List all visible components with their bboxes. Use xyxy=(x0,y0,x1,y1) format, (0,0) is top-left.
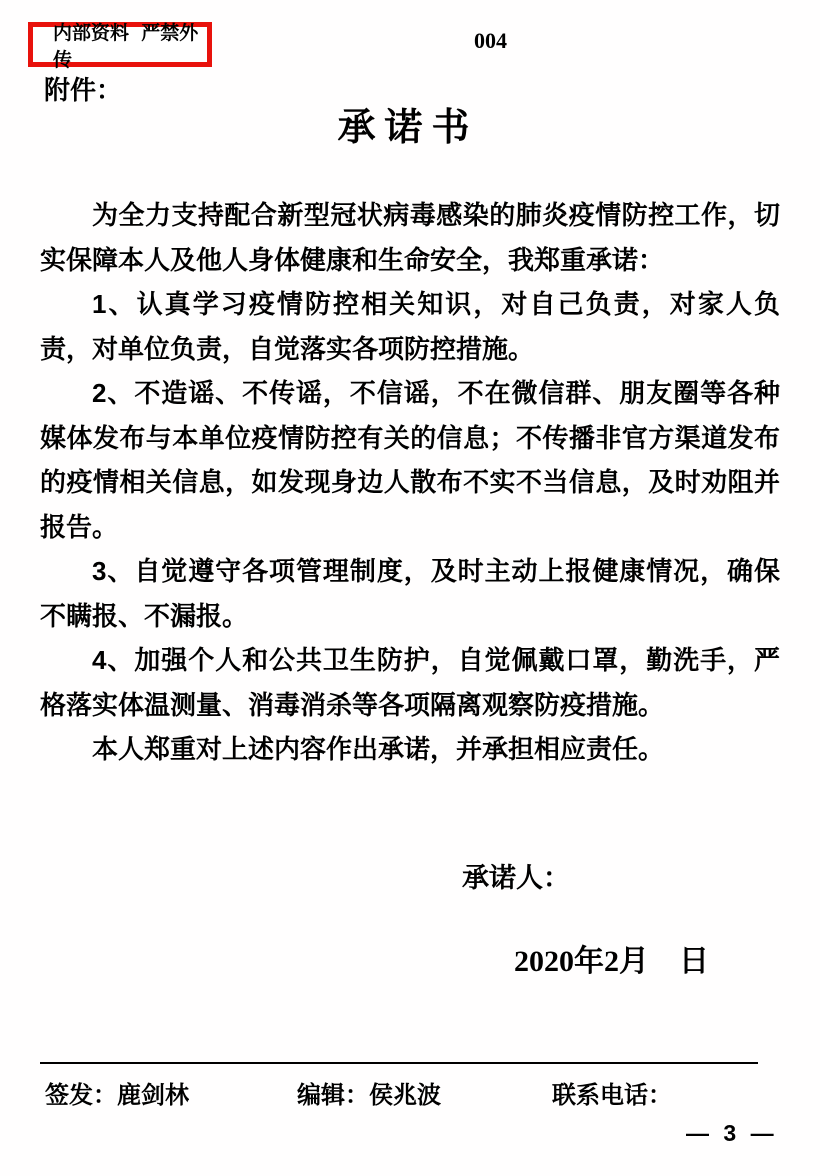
body-line: 不瞒报、不漏报。 xyxy=(40,594,780,639)
body-line: 为全力支持配合新型冠状病毒感染的肺炎疫情防控工作，切 xyxy=(40,193,780,238)
body-line: 2、不造谣、不传谣，不信谣，不在微信群、朋友圈等各种 xyxy=(40,371,780,416)
signature-date: 2020年2月 日 xyxy=(514,936,709,980)
footer-divider xyxy=(40,1062,758,1064)
confidential-stamp-text: 内部资料 严禁外传 xyxy=(53,18,207,72)
body-line: 本人郑重对上述内容作出承诺，并承担相应责任。 xyxy=(40,727,780,772)
footer-editor: 编辑：侯兆波 xyxy=(297,1075,441,1110)
body-line: 3、自觉遵守各项管理制度，及时主动上报健康情况，确保 xyxy=(40,549,780,594)
body-line: 格落实体温测量、消毒消杀等各项隔离观察防疫措施。 xyxy=(40,683,780,728)
body-line: 媒体发布与本单位疫情防控有关的信息；不传播非官方渠道发布 xyxy=(40,416,780,461)
footer-issuer: 签发：鹿剑林 xyxy=(45,1075,189,1110)
confidential-stamp: 内部资料 严禁外传 xyxy=(28,22,212,67)
body-line: 责，对单位负责，自觉落实各项防控措施。 xyxy=(40,327,780,372)
doc-number: 004 xyxy=(474,28,507,54)
promisor-label: 承诺人： xyxy=(462,856,570,895)
document-title: 承诺书 xyxy=(0,96,816,151)
body-line: 4、加强个人和公共卫生防护，自觉佩戴口罩，勤洗手，严 xyxy=(40,638,780,683)
document-page: 内部资料 严禁外传 004 附件： 承诺书 为全力支持配合新型冠状病毒感染的肺炎… xyxy=(0,0,820,1176)
body-line: 报告。 xyxy=(40,505,780,550)
body-line: 1、认真学习疫情防控相关知识，对自己负责，对家人负 xyxy=(40,282,780,327)
body-text: 为全力支持配合新型冠状病毒感染的肺炎疫情防控工作，切实保障本人及他人身体健康和生… xyxy=(40,193,780,772)
page-number: — 3 — xyxy=(686,1120,774,1147)
body-line: 实保障本人及他人身体健康和生命安全，我郑重承诺： xyxy=(40,238,780,283)
footer-phone-label: 联系电话： xyxy=(552,1075,672,1110)
body-line: 的疫情相关信息，如发现身边人散布不实不当信息，及时劝阻并 xyxy=(40,460,780,505)
